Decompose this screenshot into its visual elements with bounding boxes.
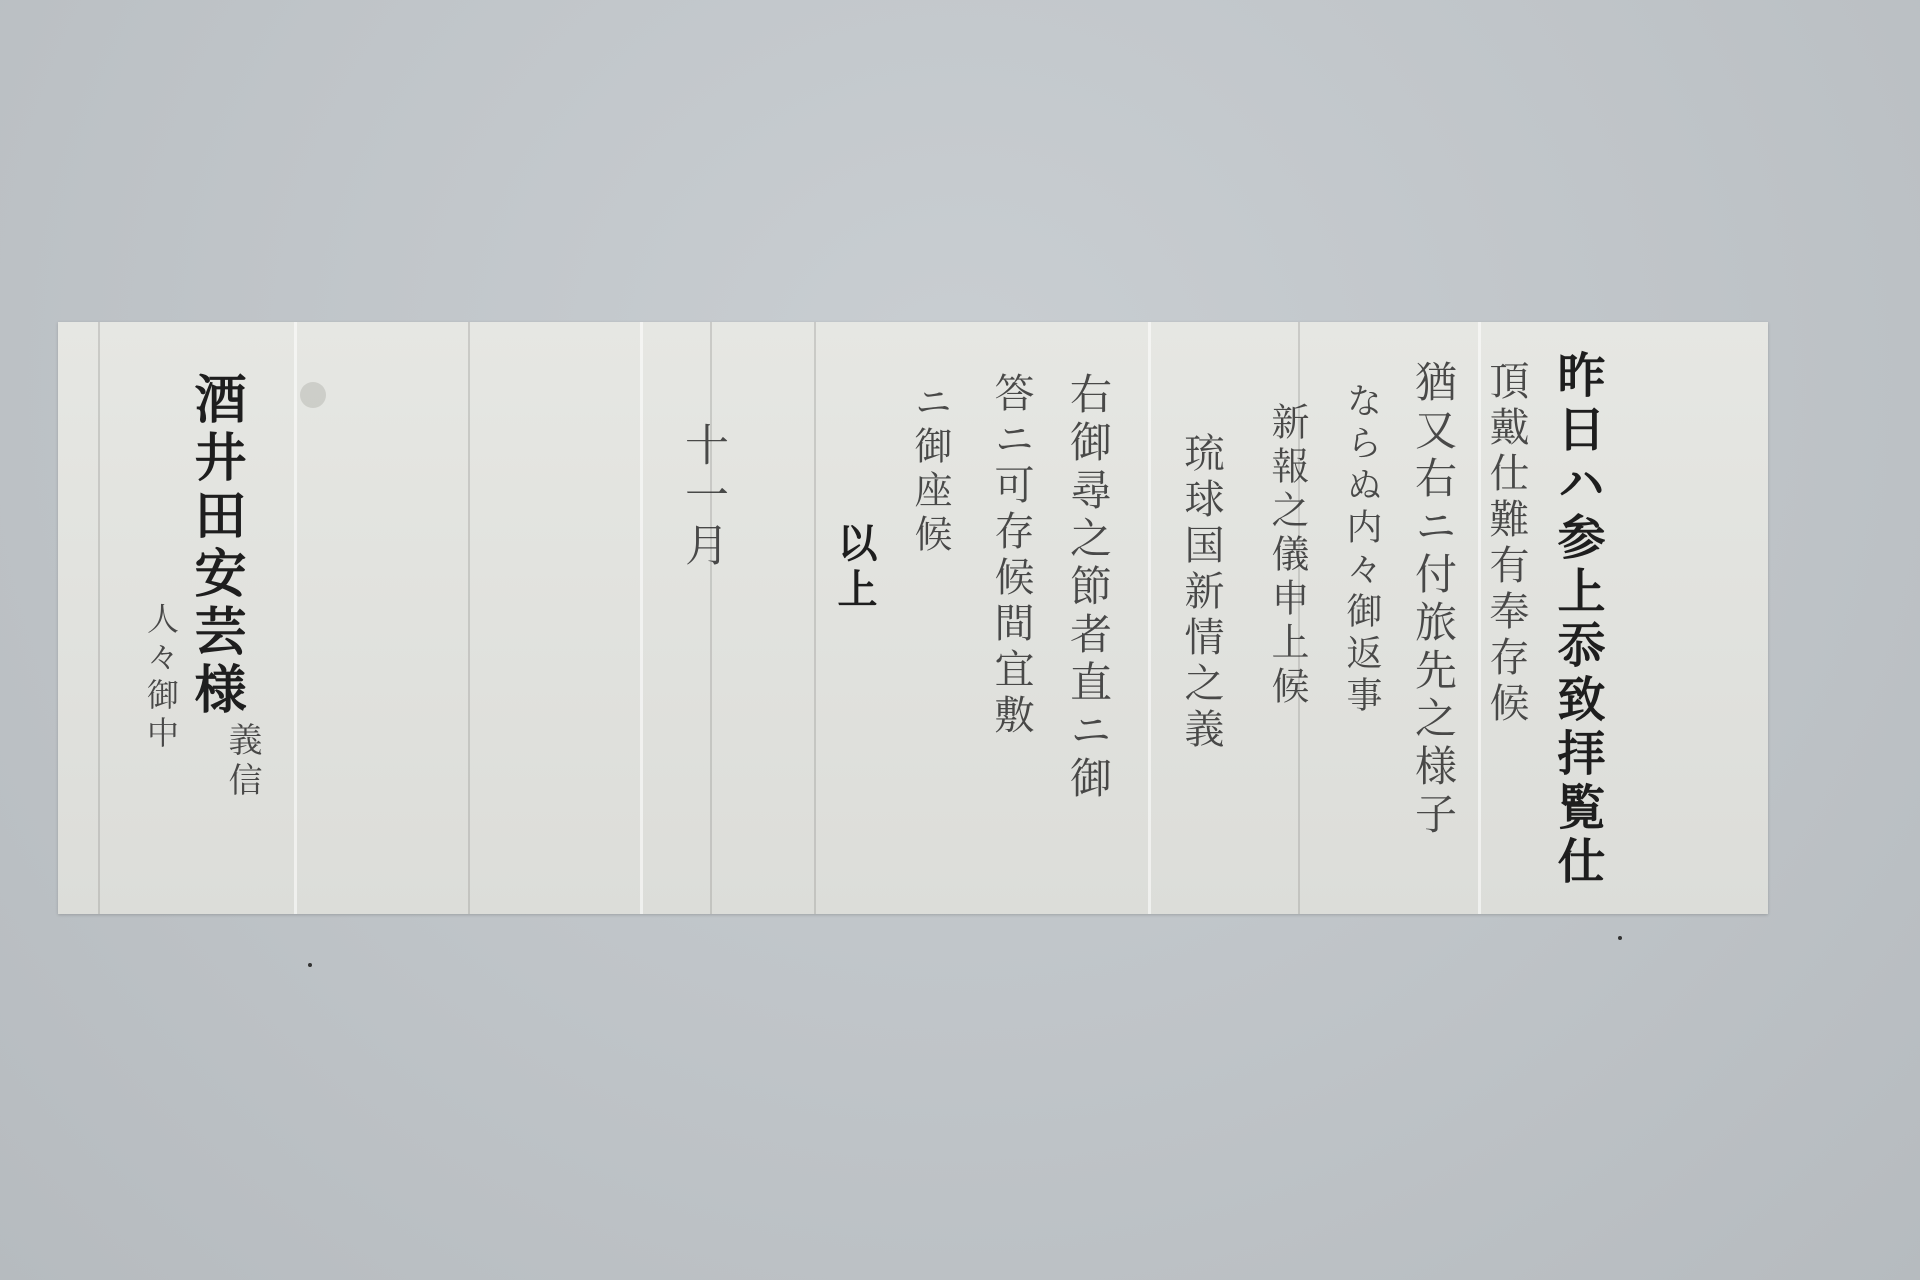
paper-stain [300, 382, 326, 408]
fold-line [468, 322, 470, 914]
letter-column-6: 琉球国新情之義 [1173, 432, 1230, 754]
fold-line [98, 322, 100, 914]
fold-line [640, 322, 643, 914]
date-line: 十一月 [670, 422, 734, 572]
sender-name: 義信 [218, 722, 267, 802]
fold-line [1148, 322, 1151, 914]
letter-column-5: 新報之儀申上候 [1260, 402, 1315, 710]
address-note: 人々御中 [138, 602, 184, 754]
letter-column-7: 右御尋之節者直ニ御 [1058, 372, 1118, 804]
letter-column-2: 頂戴仕難有奉存候 [1478, 360, 1535, 728]
letter-paper: 昨日ハ参上忝致拝覧仕 頂戴仕難有奉存候 猶又右ニ付旅先之様子 ならぬ内々御返事 … [58, 322, 1768, 914]
fold-line [814, 322, 816, 914]
fold-line [294, 322, 297, 914]
fold-line [710, 322, 712, 914]
letter-column-9: ニ御座候 [903, 382, 958, 558]
letter-column-1: 昨日ハ参上忝致拝覧仕 [1543, 350, 1612, 890]
letter-column-10: 以上 [826, 522, 883, 614]
letter-column-3: 猶又右ニ付旅先之様子 [1403, 360, 1463, 840]
addressee: 酒井田安芸様 [178, 372, 253, 720]
letter-column-8: 答ニ可存候間宜敷 [983, 372, 1040, 740]
speck [1618, 936, 1622, 940]
letter-column-4: ならぬ内々御返事 [1336, 382, 1387, 718]
speck [308, 963, 312, 967]
